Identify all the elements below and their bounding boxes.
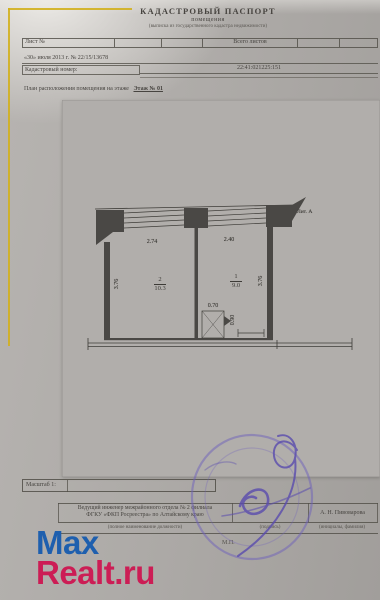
room-2-label: 2 10.3 (147, 276, 173, 292)
signature-table-line (58, 522, 378, 523)
floor-number: Этаж № 01 (133, 86, 162, 92)
room-2-area: 10.3 (147, 285, 173, 292)
signature-table-border (377, 503, 378, 522)
stamp-place-label: М.П. (222, 540, 235, 546)
name-caption: (инициалы, фамилия) (306, 525, 378, 531)
document-subtitle: помещения (0, 17, 380, 23)
cadastral-number-value: 22:41:021225:151 (140, 65, 378, 74)
dimension-top-right: 2.40 (217, 237, 241, 243)
cadastral-passport-photo: КАДАСТРОВЫЙ ПАСПОРТ помещения (выписка и… (0, 0, 380, 600)
total-sheets-label: Всего листов (203, 38, 298, 48)
total-sheets-cell2 (340, 38, 378, 48)
sign-caption: (подпись) (232, 525, 308, 531)
annotation-line-vertical (8, 8, 10, 346)
signature-table-border (232, 503, 233, 522)
room-1-number: 1 (230, 274, 241, 282)
cadastral-number-row: Кадастровый номер: 22:41:021225:151 (22, 65, 378, 75)
ruled-line (140, 77, 378, 78)
plan-caption: План расположения помещения на этаже Эта… (24, 86, 380, 92)
scale-divider (67, 480, 68, 492)
dimension-top-left: 2.74 (140, 239, 164, 245)
room-2-number: 2 (154, 277, 165, 285)
sheet-number-label: Лист № (22, 38, 115, 48)
document-note: (выписка из государственного кадастра не… (0, 24, 380, 29)
building-liter-label: Лит. А (297, 209, 312, 215)
signer-position: Ведущий инженер межрайонного отдела № 2 … (60, 505, 230, 519)
total-sheets-cell (298, 38, 340, 48)
annotation-line-horizontal (8, 8, 132, 10)
sheet-number-cell2 (162, 38, 203, 48)
signer-position-line2: ФГКУ «ФКП Росреестра» по Алтайскому краю (86, 512, 203, 518)
scale-box: Масштаб 1: (22, 479, 216, 492)
sheet-number-cell (115, 38, 162, 48)
dimension-closet-height: 0.90 (230, 310, 236, 330)
dimension-left-wall: 3.76 (114, 274, 120, 294)
signature-table-line (58, 503, 378, 504)
room-1-area: 9.0 (223, 282, 249, 289)
scale-label: Масштаб 1: (26, 482, 56, 488)
issue-date-line: «30» июля 2013 г. № 22/15/13678 (22, 55, 378, 64)
sheet-info-row: Лист № Всего листов (22, 38, 378, 48)
dimension-right-wall: 3.76 (258, 271, 264, 291)
signer-name: А. Н. Пивоварова (308, 510, 377, 516)
watermark-part2: Realt.ru (36, 558, 155, 588)
site-watermark: Max Realt.ru (36, 528, 155, 589)
signature-table-border (58, 503, 59, 522)
room-1-label: 1 9.0 (223, 273, 249, 289)
cadastral-number-label: Кадастровый номер: (22, 65, 140, 75)
floor-plan-area (62, 100, 380, 477)
signer-position-line1: Ведущий инженер межрайонного отдела № 2 … (78, 505, 212, 511)
plan-caption-text: План расположения помещения на этаже (24, 86, 129, 92)
dimension-closet-width: 0.70 (202, 303, 224, 309)
